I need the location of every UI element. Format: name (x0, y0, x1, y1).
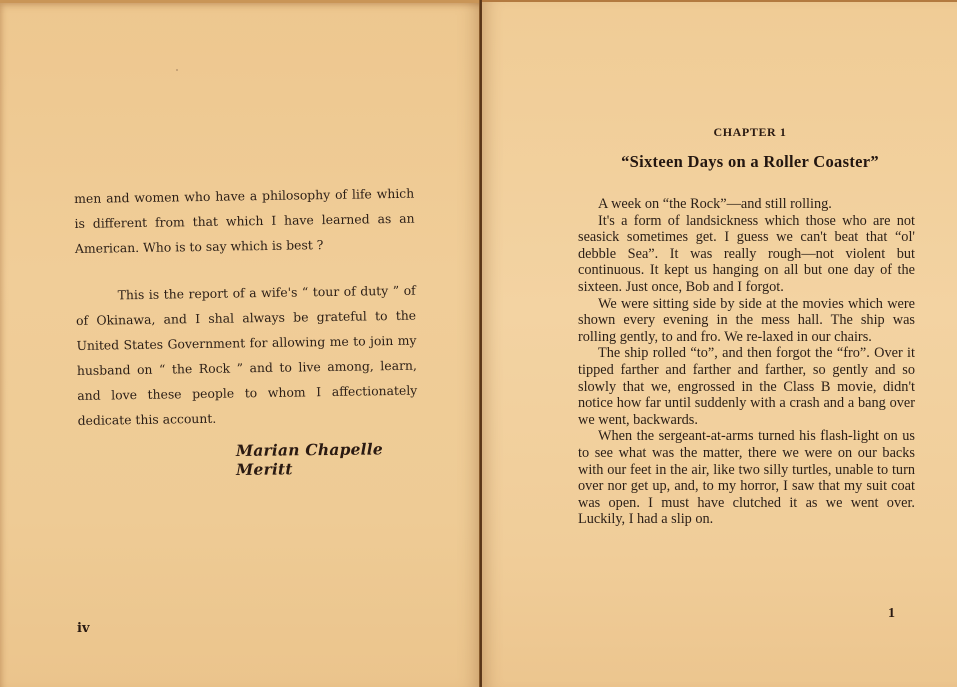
book-spread: men and women who have a philosophy of l… (0, 0, 957, 687)
body-paragraph: It's a form of landsickness which those … (578, 213, 915, 296)
chapter-title: “Sixteen Days on a Roller Coaster” (570, 152, 930, 172)
chapter-label: CHAPTER 1 (570, 125, 930, 140)
page-number-right: 1 (888, 606, 895, 622)
body-paragraph: The ship rolled “to”, and then forgot th… (578, 345, 915, 428)
page-number-left: iv (77, 621, 90, 636)
dedication-paragraph: men and women who have a philosophy of l… (74, 181, 415, 261)
book-gutter (479, 0, 482, 687)
author-signature: Marian Chapelle Meritt (236, 439, 416, 479)
dedication-text: men and women who have a philosophy of l… (74, 181, 418, 433)
body-paragraph: We were sitting side by side at the movi… (578, 296, 915, 346)
paper-speck (176, 69, 178, 71)
chapter-body: A week on “the Rock”—and still rolling. … (578, 196, 915, 528)
body-paragraph: When the sergeant-at-arms turned his fla… (578, 428, 915, 528)
dedication-paragraph: This is the report of a wife's “ tour of… (76, 278, 418, 433)
body-paragraph: A week on “the Rock”—and still rolling. (578, 196, 915, 213)
